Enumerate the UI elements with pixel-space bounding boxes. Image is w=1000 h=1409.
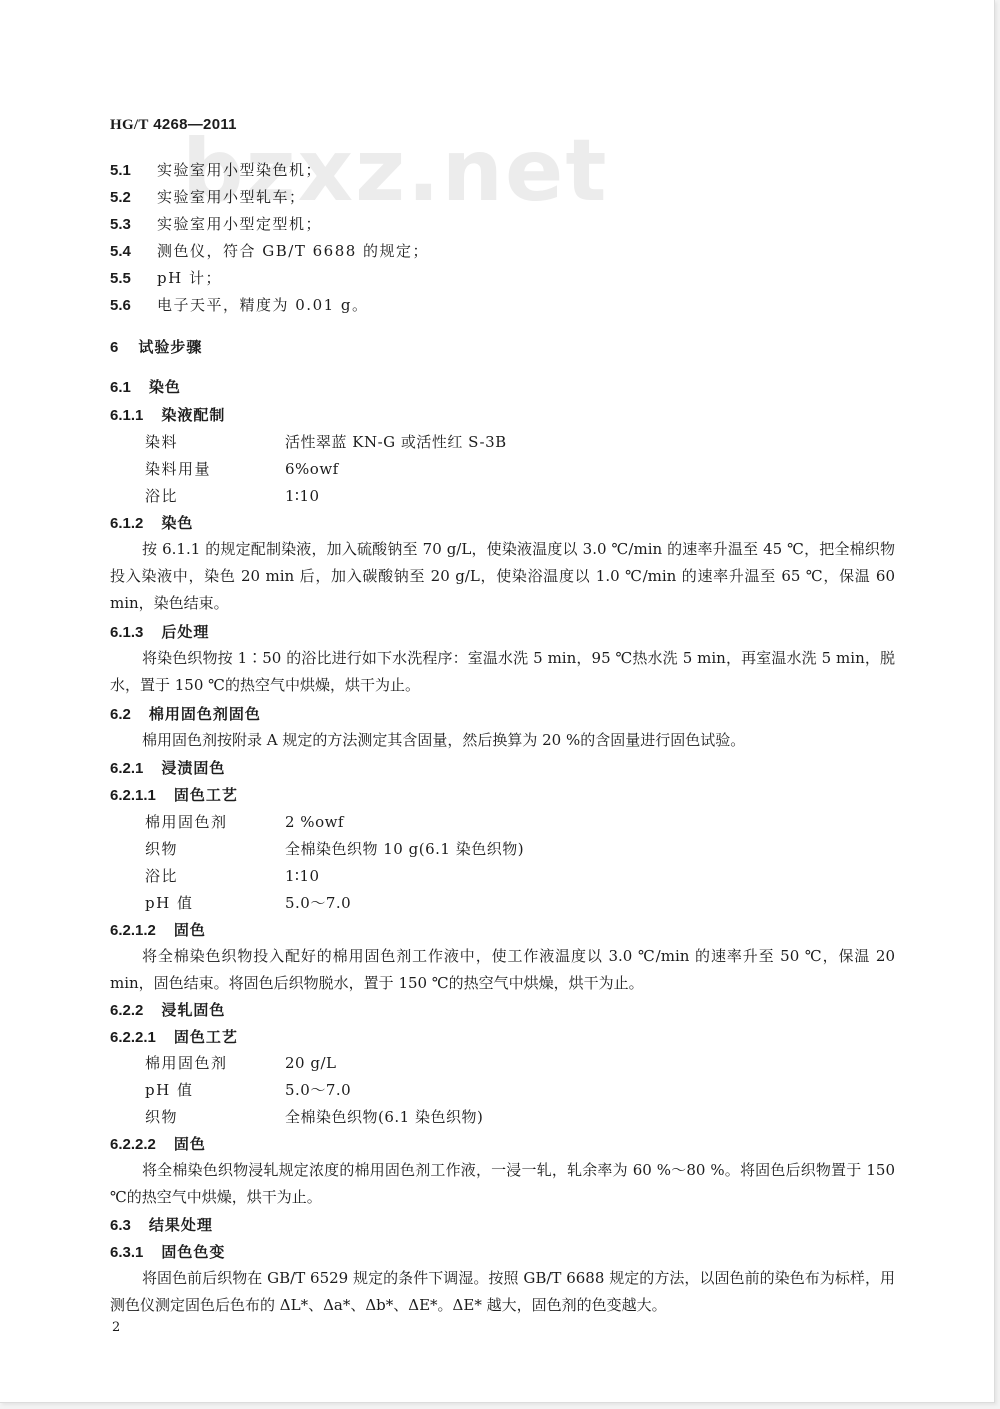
apparatus-item: 5.4测色仪，符合 GB/T 6688 的规定； <box>110 241 429 262</box>
clause-text: 实验室用小型染色机； <box>157 161 322 179</box>
parameter-value: 5.0～7.0 <box>285 893 351 913</box>
standard-number: 4268—2011 <box>153 116 237 133</box>
section-heading: 6.1.1染液配制 <box>110 405 225 426</box>
section-heading: 6试验步骤 <box>110 337 202 358</box>
clause-text: pH 计； <box>157 269 222 287</box>
body-paragraph: 将染色织物按 1∶50 的浴比进行如下水洗程序：室温水洗 5 min，95 ℃热… <box>110 645 895 699</box>
page-number: 2 <box>112 1320 120 1335</box>
parameter-value: 1∶10 <box>285 866 320 886</box>
parameter-key: 棉用固色剂 <box>145 1053 228 1073</box>
section-heading: 6.1染色 <box>110 377 181 398</box>
section-heading: 6.2.1.2固色 <box>110 920 206 941</box>
section-heading: 6.2棉用固色剂固色 <box>110 704 261 725</box>
clause-number: 5.6 <box>110 296 157 316</box>
clause-number: 5.3 <box>110 215 157 235</box>
document-page: bzxz.net HG/T 4268—2011 5.1实验室用小型染色机； 5.… <box>0 0 995 1403</box>
standard-code: HG/T 4268—2011 <box>110 116 237 134</box>
clause-text: 测色仪，符合 GB/T 6688 的规定； <box>157 242 429 260</box>
apparatus-item: 5.5pH 计； <box>110 268 222 289</box>
body-paragraph: 将固色前后织物在 GB/T 6529 规定的条件下调湿。按照 GB/T 6688… <box>110 1265 895 1319</box>
apparatus-item: 5.6电子天平，精度为 0.01 g。 <box>110 295 369 316</box>
parameter-key: 浴比 <box>145 486 178 506</box>
body-paragraph: 棉用固色剂按附录 A 规定的方法测定其含固量，然后换算为 20 %的含固量进行固… <box>110 727 895 754</box>
parameter-key: pH 值 <box>145 1080 193 1100</box>
standard-prefix: HG/T <box>110 117 149 133</box>
parameter-key: pH 值 <box>145 893 193 913</box>
parameter-value: 全棉染色织物(6.1 染色织物) <box>285 1107 483 1127</box>
parameter-key: 织物 <box>145 1107 178 1127</box>
section-heading: 6.3结果处理 <box>110 1215 213 1236</box>
parameter-key: 棉用固色剂 <box>145 812 228 832</box>
clause-number: 5.2 <box>110 188 157 208</box>
parameter-key: 浴比 <box>145 866 178 886</box>
section-heading: 6.2.2.1固色工艺 <box>110 1027 238 1048</box>
section-heading: 6.2.2.2固色 <box>110 1134 206 1155</box>
parameter-value: 1∶10 <box>285 486 320 506</box>
parameter-value: 20 g/L <box>285 1053 336 1073</box>
apparatus-item: 5.3实验室用小型定型机； <box>110 214 322 235</box>
parameter-value: 2 %owf <box>285 812 344 832</box>
parameter-value: 6%owf <box>285 459 339 479</box>
section-heading: 6.2.1浸渍固色 <box>110 758 225 779</box>
parameter-value: 活性翠蓝 KN-G 或活性红 S-3B <box>285 432 507 452</box>
section-heading: 6.2.1.1固色工艺 <box>110 785 238 806</box>
clause-number: 5.1 <box>110 161 157 181</box>
body-paragraph: 按 6.1.1 的规定配制染液，加入硫酸钠至 70 g/L，使染液温度以 3.0… <box>110 536 895 617</box>
parameter-value: 5.0～7.0 <box>285 1080 351 1100</box>
clause-number: 5.4 <box>110 242 157 262</box>
clause-number: 5.5 <box>110 269 157 289</box>
apparatus-item: 5.1实验室用小型染色机； <box>110 160 322 181</box>
parameter-key: 织物 <box>145 839 178 859</box>
body-paragraph: 将全棉染色织物投入配好的棉用固色剂工作液中，使工作液温度以 3.0 ℃/min … <box>110 943 895 997</box>
parameter-key: 染料用量 <box>145 459 211 479</box>
section-heading: 6.1.2染色 <box>110 513 193 534</box>
apparatus-item: 5.2实验室用小型轧车； <box>110 187 306 208</box>
clause-text: 电子天平，精度为 0.01 g。 <box>157 296 369 314</box>
parameter-key: 染料 <box>145 432 178 452</box>
clause-text: 实验室用小型定型机； <box>157 215 322 233</box>
body-paragraph: 将全棉染色织物浸轧规定浓度的棉用固色剂工作液，一浸一轧，轧余率为 60 %～80… <box>110 1157 895 1211</box>
clause-text: 实验室用小型轧车； <box>157 188 306 206</box>
section-heading: 6.3.1固色色变 <box>110 1242 225 1263</box>
section-heading: 6.1.3后处理 <box>110 622 209 643</box>
parameter-value: 全棉染色织物 10 g(6.1 染色织物) <box>285 839 524 859</box>
section-heading: 6.2.2浸轧固色 <box>110 1000 225 1021</box>
